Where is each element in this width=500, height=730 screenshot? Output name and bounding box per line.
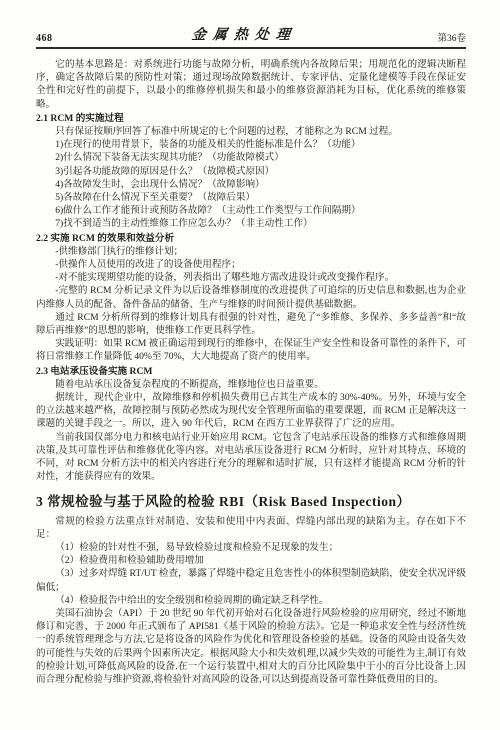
paragraph: 当前我国仅部分电力和核电站行业开始应用 RCM。它包含了电站承压设备的维修方式和… (36, 431, 466, 484)
list-item: （4）检验报告中给出的安全级别和检验周期的确定缺乏科学性。 (36, 594, 466, 607)
paragraph: 随着电站承压设备复杂程度的不断提高，维修地位也日益重要。 (36, 378, 466, 391)
list-item: 2)什么情况下装备无法实现其功能？（功能故障模式） (36, 151, 466, 164)
list-item: 5)各故障在什么情况下至关重要？（故障后果） (36, 191, 466, 204)
list-item: 6)做什么工作才能预计或预防各故障？（主动性工作类型与工作间隔期） (36, 204, 466, 217)
subsection-heading: 2.1 RCM 的实施过程 (36, 112, 466, 125)
paragraph: 实践证明：如果 RCM 被正确运用到现行的维修中，在保证生产安全性和设备可靠性的… (36, 337, 466, 363)
list-item: -对不能实现期望功能的设备，列表指出了哪些地方需改进设计或改变操作程序。 (36, 271, 466, 284)
paragraph: 它的基本思路是：对系统进行功能与故障分析，明确系统内各故障后果；用规范化的逻辑决… (36, 58, 466, 111)
list-item: -供操作人员使用的改进了的设备使用程序； (36, 258, 466, 271)
paragraph: 只有保证按顺序回答了标准中所规定的七个问题的过程，才能称之为 RCM 过程。 (36, 125, 466, 138)
paragraph: 据统计，现代企业中，故障维修和停机损失费用已占其生产成本的 30%-40%。另外… (36, 391, 466, 431)
journal-page: 468 金属热处理 第36卷 它的基本思路是：对系统进行功能与故障分析，明确系统… (0, 0, 500, 730)
list-item: -供维修部门执行的维修计划； (36, 245, 466, 258)
page-number: 468 (36, 33, 53, 44)
list-item: （2）检验费用和检验辅助费用增加 (36, 554, 466, 567)
list-item: 3)引起各功能故障的原因是什么？（故障模式原因） (36, 165, 466, 178)
paragraph: 通过 RCM 分析所得到的维修计划具有很强的针对性，避免了“多维修、多保养、多多… (36, 311, 466, 337)
paragraph: 常规的检验方法重点针对制造、安装和使用中内表面、焊缝内部出现的缺陷为主。存在如下… (36, 515, 466, 541)
journal-title: 金属热处理 (191, 24, 298, 44)
article-body: 它的基本思路是：对系统进行功能与故障分析，明确系统内各故障后果；用规范化的逻辑决… (36, 58, 466, 686)
subsection-heading: 2.3 电站承压设备实施 RCM (36, 365, 466, 378)
paragraph: 美国石油协会（API）于 20 世纪 90 年代初开始对石化设备进行风险检验的应… (36, 607, 466, 686)
volume-label: 第36卷 (437, 30, 466, 44)
list-item: 7)找不到适当的主动性维修工作应怎么办？（非主动性工作） (36, 217, 466, 230)
list-item: -完整的 RCM 分析记录文件为以后设备维修制度的改进提供了可追综的历史信息和数… (36, 284, 466, 310)
page-header: 468 金属热处理 第36卷 (36, 0, 466, 49)
list-item: （1）检验的针对性不强，易导致检验过度和检验不足现象的发生； (36, 541, 466, 554)
list-item: 1)在现行的使用背景下，装备的功能及相关的性能标准是什么？（功能） (36, 138, 466, 151)
list-item: （3）过多对焊缝 RT/UT 检查，暴露了焊缝中稳定且危害性小的体积型制造缺陷，… (36, 567, 466, 593)
list-item: 4)各故障发生时，会出现什么情况？（故障影响） (36, 178, 466, 191)
subsection-heading: 2.2 实施 RCM 的效果和效益分析 (36, 232, 466, 245)
section-heading: 3 常规检验与基于风险的检验 RBI（Risk Based Inspection… (36, 494, 466, 510)
